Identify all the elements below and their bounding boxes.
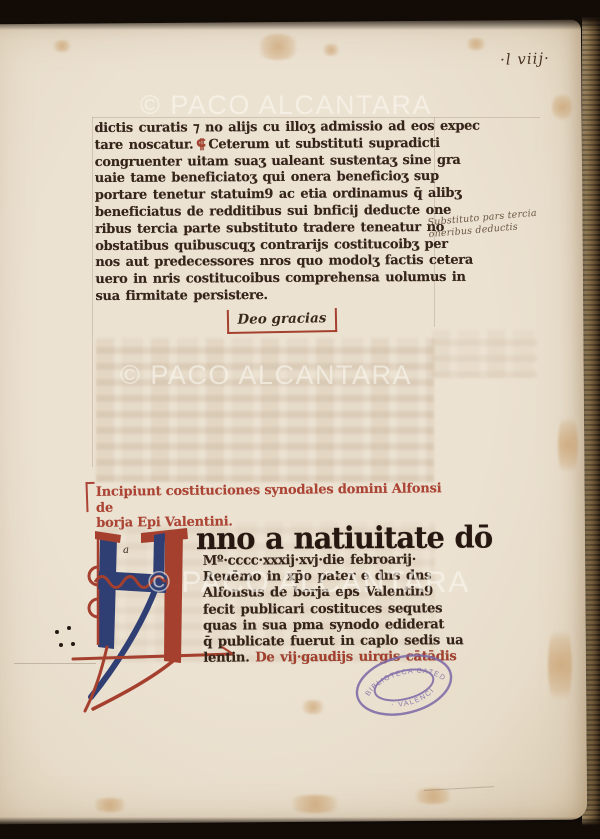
rubric-line: Incipiunt costituciones synodales domini… bbox=[96, 481, 446, 516]
verso-bleed-through bbox=[432, 330, 537, 378]
foxing-spot bbox=[255, 34, 301, 60]
main-text-block: dictis curatis ⁊ no alijs cu illoʒ admis… bbox=[94, 119, 440, 306]
folio-number: ·l viij· bbox=[500, 49, 550, 69]
incipit-line: quas in sua pma synodo ediderat bbox=[203, 617, 448, 635]
ink-dot bbox=[55, 630, 59, 634]
text-line-part: tare noscatur. bbox=[95, 137, 194, 153]
foxing-spot bbox=[548, 620, 572, 710]
top-binding-shadow bbox=[0, 0, 600, 30]
ink-dot bbox=[71, 642, 75, 646]
foxing-spot bbox=[552, 92, 572, 122]
incipit-line: fecit publicari costituces sequtes bbox=[203, 601, 448, 619]
ink-dot bbox=[67, 626, 71, 630]
watermark: © PACO ALCANTARA bbox=[148, 566, 470, 600]
text-line: portare tenetur statuim9 ac etia ordinam… bbox=[95, 186, 440, 205]
manuscript-photo: ·l viij· dictis curatis ⁊ no alijs cu il… bbox=[0, 0, 600, 839]
ink-dot bbox=[59, 643, 63, 647]
text-line: uero in nris costitucoibus comprehensa u… bbox=[95, 270, 440, 289]
bottom-binding-shadow bbox=[0, 817, 600, 839]
text-line: congruenter uitam suaʒ ualeant sustentaʒ… bbox=[95, 153, 440, 172]
foxing-spot bbox=[322, 44, 340, 56]
text-line: ribus tercia parte substituto tradere te… bbox=[95, 220, 440, 239]
foxing-spot bbox=[285, 795, 345, 813]
text-line: beneficiatus de redditibus sui bnficij d… bbox=[95, 203, 440, 222]
foxing-spot bbox=[465, 38, 487, 50]
foxing-spot bbox=[558, 410, 578, 480]
text-line: obstatibus quibuscuqʒ contrarijs costitu… bbox=[95, 237, 440, 256]
explicit-deo-gracias: Deo gracias bbox=[227, 308, 337, 334]
watermark: © PACO ALCANTARA bbox=[140, 90, 432, 121]
ruling-line-left bbox=[92, 117, 93, 467]
text-line: nos aut predecessores nros quo modolʒ fa… bbox=[95, 253, 440, 272]
text-line: tare noscatur.⸿Ceterum ut substituti sup… bbox=[95, 136, 440, 155]
incipit-line-part: lentin. bbox=[203, 651, 249, 666]
watermark: © PACO ALCANTARA bbox=[120, 360, 412, 391]
text-line-part: Ceterum ut substituti supradicti bbox=[208, 136, 440, 152]
guide-letter: a bbox=[123, 545, 129, 556]
foxing-spot bbox=[90, 798, 130, 812]
text-line: dictis curatis ⁊ no alijs cu illoʒ admis… bbox=[94, 119, 439, 138]
foxing-spot bbox=[300, 700, 326, 714]
rubric-bracket bbox=[85, 482, 95, 512]
pilcrow-mark: ⸿ bbox=[193, 137, 208, 152]
incipit-opening-line: nno a natiuitate dō bbox=[196, 520, 446, 557]
text-line: sua firmitate persistere. bbox=[95, 287, 440, 306]
foxing-spot bbox=[52, 40, 72, 52]
foxing-spot bbox=[410, 788, 456, 804]
